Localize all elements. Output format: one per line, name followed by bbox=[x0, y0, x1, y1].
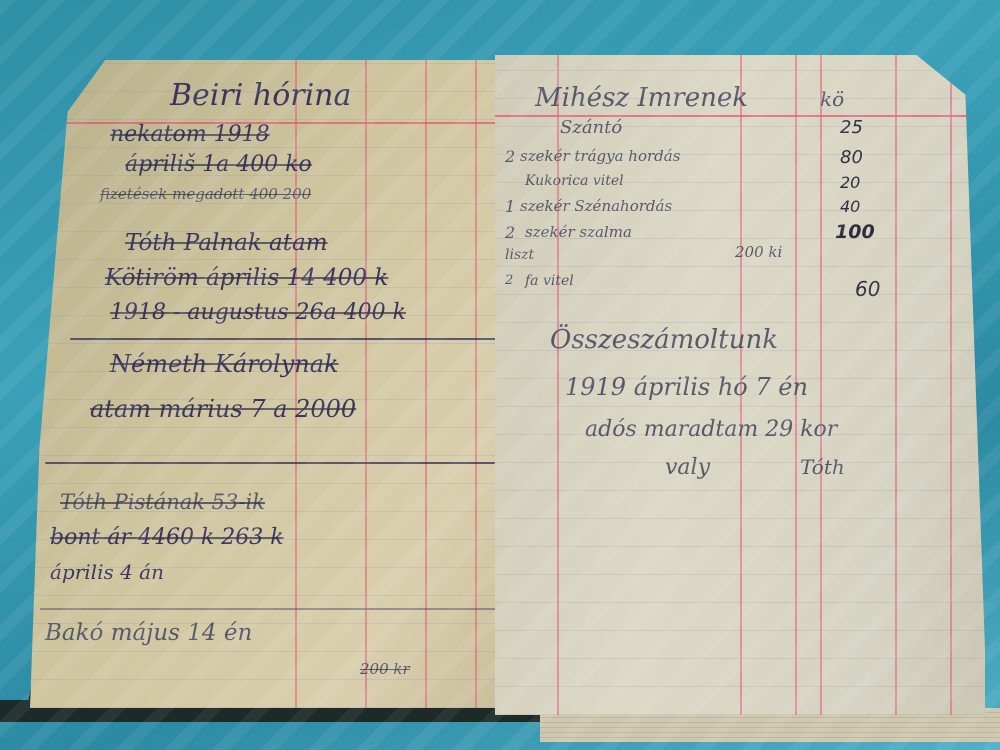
entry-line: Kötiröm április 14 400 k bbox=[105, 265, 388, 291]
ledger-left-page: Beiri hórina nekatom 1918 ápriliš 1a 400… bbox=[30, 60, 500, 708]
right-page-heading: Mihész Imrenek bbox=[535, 83, 748, 113]
entry-line: ápriliš 1a 400 ko bbox=[125, 152, 312, 177]
item-amount: 80 bbox=[840, 147, 863, 168]
item-qty: 2 bbox=[505, 147, 515, 166]
entry-line: nekatom 1918 bbox=[110, 122, 270, 147]
item-qty: 2 bbox=[505, 273, 513, 288]
ledger-right-page: Mihész Imrenek kö Szántó 25 2 szekér trá… bbox=[495, 55, 985, 715]
entry-line: Bakó május 14 én bbox=[45, 620, 252, 646]
item-amount: 20 bbox=[840, 173, 860, 192]
item-desc: liszt bbox=[505, 247, 534, 263]
settlement-note: valy bbox=[665, 455, 710, 480]
margin-line bbox=[425, 60, 427, 708]
left-page-heading: Beiri hórina bbox=[170, 78, 351, 113]
item-desc: Kukorica vitel bbox=[525, 173, 624, 189]
section-rule bbox=[45, 462, 495, 464]
item-desc: fa vitel bbox=[525, 273, 574, 289]
entry-line: fizetések megadott 400 200 bbox=[100, 185, 311, 203]
entry-line: 1918 - augustus 26a 400 k bbox=[110, 300, 406, 325]
item-amount: 25 bbox=[840, 117, 863, 138]
margin-line bbox=[475, 60, 477, 708]
settlement-note: 1919 április hó 7 én bbox=[565, 373, 808, 401]
right-page-heading-suffix: kö bbox=[820, 87, 844, 111]
item-amount: 200 ki bbox=[735, 243, 782, 261]
settlement-note: Összeszámoltunk bbox=[550, 325, 778, 355]
item-amount: 100 bbox=[835, 221, 875, 243]
margin-line bbox=[365, 60, 367, 708]
item-qty: 1 bbox=[505, 197, 515, 216]
item-desc: szekér szalma bbox=[525, 223, 632, 241]
entry-line: atam márius 7 a 2000 bbox=[90, 395, 356, 423]
section-rule bbox=[70, 338, 500, 340]
entry-line: bont ár 4460 k 263 k bbox=[50, 525, 284, 550]
item-desc: szekér Szénahordás bbox=[520, 197, 672, 215]
item-desc: Szántó bbox=[560, 117, 622, 138]
margin-line bbox=[950, 55, 952, 715]
item-amount: 40 bbox=[840, 197, 860, 216]
margin-line bbox=[895, 55, 897, 715]
signature: Tóth bbox=[800, 455, 845, 479]
entry-line: április 4 án bbox=[50, 560, 164, 584]
entry-line: Tóth Palnak atam bbox=[125, 230, 328, 256]
item-qty: 2 bbox=[505, 223, 515, 242]
photo-scene: Beiri hórina nekatom 1918 ápriliš 1a 400… bbox=[0, 0, 1000, 750]
entry-line: Tóth Pistának 53-ik bbox=[60, 490, 265, 514]
entry-line: Németh Károlynak bbox=[110, 350, 339, 378]
item-desc: szekér trágya hordás bbox=[520, 147, 680, 165]
section-rule bbox=[40, 608, 500, 610]
margin-line bbox=[820, 55, 822, 715]
item-amount: 60 bbox=[855, 277, 880, 301]
entry-line: 200 kr bbox=[360, 660, 410, 678]
settlement-note: adós maradtam 29 kor bbox=[585, 417, 837, 442]
